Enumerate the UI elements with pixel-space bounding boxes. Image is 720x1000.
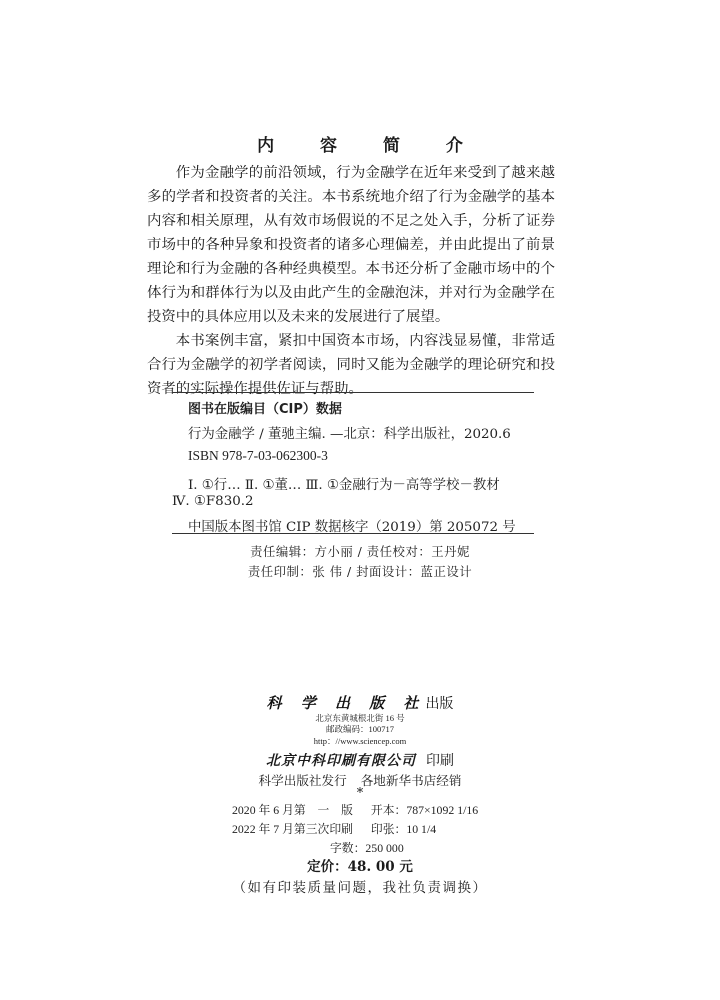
- publisher-name-suffix: 出版: [425, 696, 453, 712]
- publisher-name-line: 科 学 出 版 社出版: [0, 692, 720, 713]
- cip-title-line: 行为金融学 / 董驰主编. —北京：科学出版社，2020.6: [188, 423, 534, 442]
- cip-classification: Ⅰ. ①行… Ⅱ. ①董… Ⅲ. ①金融行为－高等学校－教材: [188, 474, 548, 493]
- cip-classification-continued: Ⅳ. ①F830.2: [172, 494, 518, 509]
- cip-isbn: ISBN 978-7-03-062300-3: [188, 448, 534, 464]
- printing-date: 2022 年 7 月第三次印刷: [232, 822, 353, 836]
- cip-heading: 图书在版编目（CIP）数据: [188, 398, 534, 417]
- cip-top-rule: [172, 392, 534, 393]
- printer-suffix: 印刷: [426, 753, 454, 769]
- printed-sheets: 印张：10 1/4: [371, 822, 436, 836]
- staff-credits-line-2: 责任印制：张 伟 / 封面设计：蓝正设计: [0, 562, 720, 580]
- summary-body: 作为金融学的前沿领域，行为金融学在近年来受到了越来越多的学者和投资者的关注。本书…: [147, 161, 555, 401]
- quality-notice: （如有印装质量问题，我社负责调换）: [0, 876, 720, 896]
- publisher-url: http：//www.sciencep.com: [0, 735, 720, 747]
- staff-credits-line-1: 责任编辑：方小丽 / 责任校对：王丹妮: [0, 542, 720, 560]
- separator-asterisk: *: [0, 786, 720, 801]
- summary-title: 内 容 简 介: [0, 131, 720, 156]
- edition-line-2: 2022 年 7 月第三次印刷印张：10 1/4: [232, 820, 436, 837]
- printer-name: 北京中科印刷有限公司: [266, 753, 416, 769]
- printer-line: 北京中科印刷有限公司印刷: [0, 750, 720, 770]
- summary-paragraph: 本书案例丰富，紧扣中国资本市场，内容浅显易懂，非常适合行为金融学的初学者阅读，同…: [147, 329, 555, 401]
- publisher-name: 科 学 出 版 社: [267, 694, 426, 712]
- book-format: 开本：787×1092 1/16: [371, 803, 478, 817]
- summary-paragraph: 作为金融学的前沿领域，行为金融学在近年来受到了越来越多的学者和投资者的关注。本书…: [147, 161, 555, 329]
- cip-bottom-rule: [172, 533, 534, 534]
- word-count: 字数：250 000: [330, 839, 404, 856]
- edition-line-1: 2020 年 6 月第 一 版开本：787×1092 1/16: [232, 801, 478, 818]
- price: 定价：48. 00 元: [0, 855, 720, 875]
- first-edition-date: 2020 年 6 月第 一 版: [232, 803, 353, 817]
- publisher-postcode: 邮政编码：100717: [0, 723, 720, 735]
